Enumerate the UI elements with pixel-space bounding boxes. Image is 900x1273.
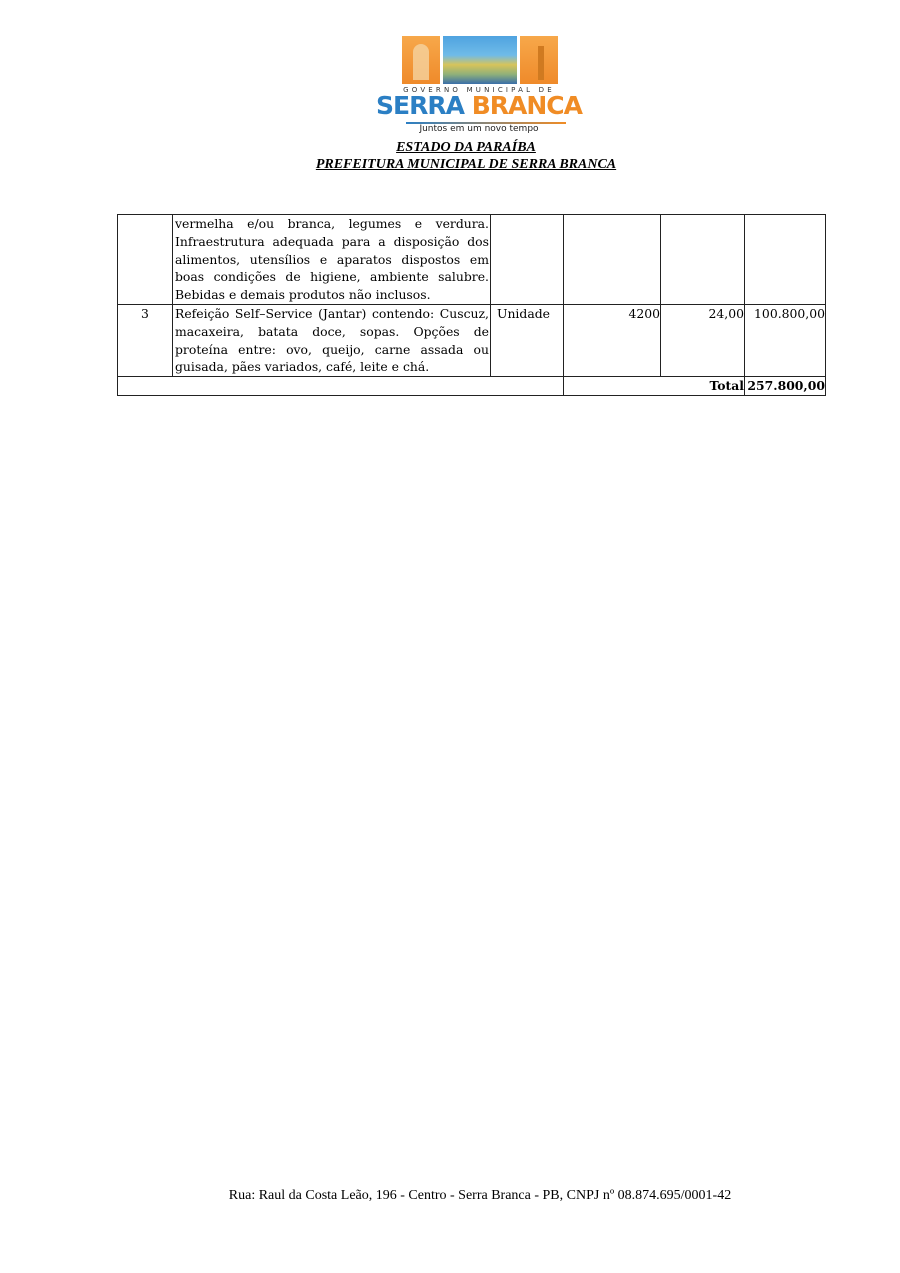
item-quantity [564, 215, 661, 305]
item-unit-price [661, 215, 745, 305]
municipality-heading: PREFEITURA MUNICIPAL DE SERRA BRANCA [16, 157, 900, 173]
items-table: vermelha e/ou branca, legumes e verdura.… [117, 214, 826, 396]
item-number: 3 [118, 304, 173, 376]
cactus-image-icon [520, 36, 558, 84]
city-panorama-image-icon [443, 36, 517, 84]
item-unit [491, 215, 564, 305]
footer-address: Rua: Raul da Costa Leão, 196 - Centro - … [0, 1188, 900, 1204]
logo-images [402, 36, 558, 84]
church-image-icon [402, 36, 440, 84]
table-row: 3 Refeição Self–Service (Jantar) contend… [118, 304, 826, 376]
total-row-blank [118, 377, 564, 396]
logo-slogan: Juntos em um novo tempo [376, 124, 582, 134]
logo-brand-part1: SERRA [376, 91, 464, 120]
logo-brand: SERRA BRANCA [376, 92, 582, 120]
item-total [745, 215, 826, 305]
state-heading: ESTADO DA PARAÍBA [16, 140, 900, 156]
item-unit-price: 24,00 [661, 304, 745, 376]
logo-brand-part2: BRANCA [472, 91, 582, 120]
item-unit: Unidade [491, 304, 564, 376]
total-value: 257.800,00 [745, 377, 826, 396]
municipal-logo: GOVERNO MUNICIPAL DE SERRA BRANCA Juntos… [376, 36, 582, 136]
item-number [118, 215, 173, 305]
total-row: Total 257.800,00 [118, 377, 826, 396]
table-row: vermelha e/ou branca, legumes e verdura.… [118, 215, 826, 305]
item-quantity: 4200 [564, 304, 661, 376]
total-label: Total [564, 377, 745, 396]
item-description: Refeição Self–Service (Jantar) contendo:… [173, 304, 491, 376]
item-description: vermelha e/ou branca, legumes e verdura.… [173, 215, 491, 305]
item-total: 100.800,00 [745, 304, 826, 376]
